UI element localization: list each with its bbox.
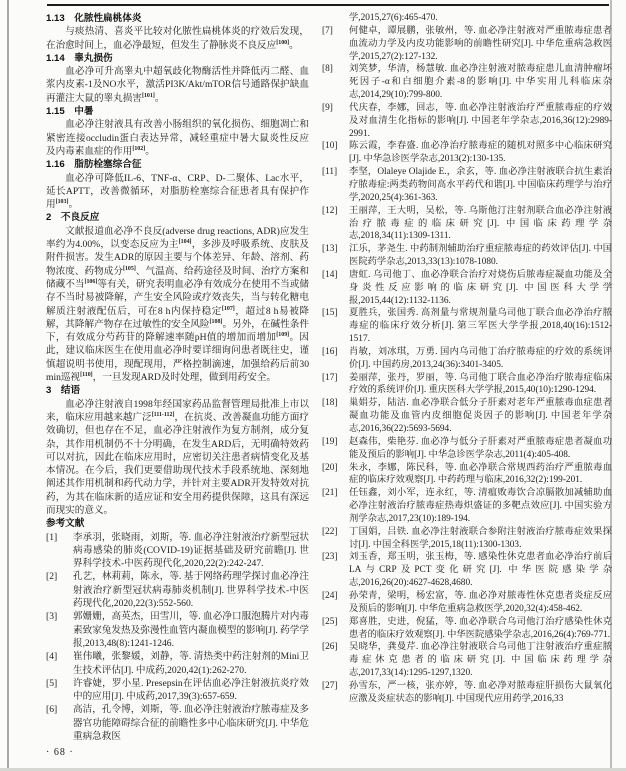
page-edge-left	[7, 0, 9, 771]
reference-text: 孔艺，林莉莉，陈永，等. 基于网络药理学探讨血必净注射液治疗新型冠状病毒肺炎机制…	[73, 570, 309, 610]
reference-item: [3] 郭姗姗，高英杰，田雪川，等. 血必净口服泡腾片对内毒素致家兔发热及弥漫性…	[46, 610, 309, 650]
reference-text: 朱永，李娜，陈民科，等. 血必净联合常规西药治疗严重脓毒血症的临床疗效观察[J]…	[349, 462, 612, 488]
reference-number: [19]	[322, 436, 349, 462]
reference-number: [27]	[322, 680, 349, 706]
reference-number: [21]	[322, 487, 349, 526]
section-heading-1-15: 1.15 中暑	[46, 105, 309, 118]
reference-item: [7] 何健卓，谭展鹏，张敏州，等. 血必净注射液对严重脓毒症患者血流动力学及内…	[322, 25, 612, 64]
reference-number: [4]	[46, 650, 73, 677]
reference-item: [9] 代庆春，李娜，回志，等. 血必净注射液治疗严重脓毒症的疗效及对血清生化指…	[322, 102, 612, 141]
reference-number: [10]	[322, 140, 349, 166]
reference-number: [8]	[322, 63, 349, 102]
reference-item: [14] 唐虹. 乌司他丁、血必净联合治疗对烧伤后脓毒症凝血功能及全身炎性反应影…	[322, 269, 612, 308]
reference-item: [15] 夏胜兵，张国秀. 高剂量与常规剂量乌司他丁联合血必净治疗脓毒症的临床疗…	[322, 307, 612, 346]
section-heading-3-conclusion: 3 结语	[46, 384, 309, 397]
reference-number: [12]	[322, 205, 349, 244]
reference-number: [9]	[322, 102, 349, 141]
reference-item: [19] 赵森伟，柴艳芬. 血必净与低分子肝素对严重脓毒症患者凝血功能及预后的影…	[322, 436, 612, 462]
reference-text: 高洁，孔令博，刘斯，等. 血必净注射液治疗脓毒症及多器官功能障碍综合征的前瞻性多…	[73, 703, 309, 743]
reference-number: [5]	[46, 677, 73, 704]
left-column: 1.13 化脓性扁桃体炎 与痰热清、喜炎平比较对化脓性扁桃体炎的疗效后发现，在治…	[46, 12, 309, 760]
reference-number: [20]	[322, 462, 349, 488]
paragraph-adverse-reactions: 文献报道血必净不良反(adverse drug reactions, ADR)应…	[46, 225, 309, 385]
reference-item: [18] 巢娟芬，陆洁. 血必净联合低分子肝素对老年严重脓毒血症患者凝血功能及血…	[322, 397, 612, 436]
reference-text: 李承羽，张晓雨，刘斯，等. 血必净注射液治疗新型冠状病毒感染的肺炎(COVID-…	[73, 531, 309, 571]
reference-item: [17] 姜丽萍，张丹，罗丽，等. 乌司他丁联合血必净治疗脓毒症临床疗效的系统评…	[322, 372, 612, 398]
section-heading-1-16: 1.16 脂肪栓塞综合征	[46, 158, 309, 171]
reference-number: [13]	[322, 243, 349, 269]
reference-text: 肖敏，刘冰琪，万勇. 国内乌司他丁治疗脓毒症的疗效的系统评价[J]. 中国药房,…	[349, 346, 612, 372]
right-column: 学,2015,27(6):465-470. [7] 何健卓，谭展鹏，张敏州，等.…	[322, 12, 612, 760]
section-heading-2-adverse-reactions: 2 不良反应	[46, 211, 309, 224]
reference-number: [7]	[322, 25, 349, 64]
reference-number: [26]	[322, 641, 349, 680]
reference-text: 唐虹. 乌司他丁、血必净联合治疗对烧伤后脓毒症凝血功能及全身炎性反应影响的临床研…	[349, 269, 612, 308]
reference-text: 郑喜胜，史进，倪猛，等. 血必净联合乌司他汀治疗感染性休克患者的临床疗效观察[J…	[349, 616, 612, 642]
reference-item: [6] 高洁，孔令博，刘斯，等. 血必净注射液治疗脓毒症及多器官功能障碍综合征的…	[46, 703, 309, 743]
reference-list-left: [1] 李承羽，张晓雨，刘斯，等. 血必净注射液治疗新型冠状病毒感染的肺炎(CO…	[46, 531, 309, 744]
reference-number: [14]	[322, 269, 349, 308]
reference-item: [13] 江乐，茅尧生. 中药制剂辅助治疗重症脓毒症的药效评估[J]. 中国医院…	[322, 243, 612, 269]
reference-text: 王丽萍，王大明，吴松，等. 乌斯他汀注射剂联合血必净注射液治疗脓毒症的临床研究[…	[349, 205, 612, 244]
reference-item: [4] 崔伟曦，张黎媛，刘静，等. 清热类中药注射剂的Mini卫生技术评估[J]…	[46, 650, 309, 677]
page-number: · 68 ·	[46, 746, 309, 759]
paragraph-heatstroke: 血必净注射液具有改善小肠组织的氧化损伤、细胞凋亡和紧密连接occludin蛋白表…	[46, 118, 309, 158]
reference-text: 江乐，茅尧生. 中药制剂辅助治疗重症脓毒症的药效评估[J]. 中国医院药学杂志,…	[349, 243, 612, 269]
reference-item: [21] 任钰鑫，刘小军，连永红，等. 清瘟败毒饮合凉膈散加减辅助血必净注射液治…	[322, 487, 612, 526]
reference-text: 代庆春，李娜，回志，等. 血必净注射液治疗严重脓毒症的疗效及对血清生化指标的影响…	[349, 102, 612, 141]
reference-item: [23] 刘玉香，郑玉明，张玉梅，等. 感染性休克患者血必净治疗前后LA与CRP…	[322, 551, 612, 590]
scanned-page: 1.13 化脓性扁桃体炎 与痰热清、喜炎平比较对化脓性扁桃体炎的疗效后发现，在治…	[0, 0, 626, 771]
reference-text: 何健卓，谭展鹏，张敏州，等. 血必净注射液对严重脓毒症患者血流动力学及内皮功能影…	[349, 25, 612, 64]
reference-item: [12] 王丽萍，王大明，吴松，等. 乌斯他汀注射剂联合血必净注射液治疗脓毒症的…	[322, 205, 612, 244]
reference-number: [25]	[322, 616, 349, 642]
reference-list-right: [7] 何健卓，谭展鹏，张敏州，等. 血必净注射液对严重脓毒症患者血流动力学及内…	[322, 25, 612, 706]
reference-text: 任钰鑫，刘小军，连永红，等. 清瘟败毒饮合凉膈散加减辅助血必净注射液治疗脓毒症热…	[349, 487, 612, 526]
reference-text: 赵森伟，柴艳芬. 血必净与低分子肝素对严重脓毒症患者凝血功能及预后的影响[J].…	[349, 436, 612, 462]
paragraph-fat-embolism: 血必净可降低IL-6、TNF-α、CRP、D-二聚体、Lac水平，延长APTT，…	[46, 172, 309, 212]
reference-text: 孙荣青，梁明，杨宏富，等. 血必净对脓毒性休克患者炎症反应及预后的影响[J]. …	[349, 590, 612, 616]
section-heading-1-14: 1.14 睾丸损伤	[46, 52, 309, 65]
reference-text: 夏胜兵，张国秀. 高剂量与常规剂量乌司他丁联合血必净治疗脓毒症的临床疗效分析[J…	[349, 307, 612, 346]
two-column-body: 1.13 化脓性扁桃体炎 与痰热清、喜炎平比较对化脓性扁桃体炎的疗效后发现，在治…	[46, 12, 612, 760]
reference-text: 吴晓华，龚曼芹. 血必净注射液联合乌司他丁注射液治疗重症脓毒症休克患者的临床研究…	[349, 641, 612, 680]
reference-item: [10] 陈云霞，李春盛. 血必净治疗脓毒症的随机对照多中心临床研究[J]. 中…	[322, 140, 612, 166]
reference-number: [18]	[322, 397, 349, 436]
reference-text: 姜丽萍，张丹，罗丽，等. 乌司他丁联合血必净治疗脓毒症临床疗效的系统评价[J].…	[349, 372, 612, 398]
reference-item: [16] 肖敏，刘冰琪，万勇. 国内乌司他丁治疗脓毒症的疗效的系统评价[J]. …	[322, 346, 612, 372]
references-heading: 参考文献	[46, 517, 309, 530]
reference-item: [5] 许睿婕，罗小星. Presepsin在评估血必净注射液抗炎疗效中的应用[…	[46, 677, 309, 704]
reference-text: 陈云霞，李春盛. 血必净治疗脓毒症的随机对照多中心临床研究[J]. 中华急诊医学…	[349, 140, 612, 166]
reference-carryover-line: 学,2015,27(6):465-470.	[322, 12, 612, 25]
reference-number: [2]	[46, 570, 73, 610]
reference-item: [25] 郑喜胜，史进，倪猛，等. 血必净联合乌司他汀治疗感染性休克患者的临床疗…	[322, 616, 612, 642]
reference-text: 许睿婕，罗小星. Presepsin在评估血必净注射液抗炎疗效中的应用[J]. …	[73, 677, 309, 704]
reference-item: [27] 孙雪东，严一核，张亦婷，等. 血必净对脓毒症肝损伤大鼠氧化应激及炎症状…	[322, 680, 612, 706]
reference-text: 丁国娟，吕铁. 血必净注射液联合参附注射液治疗脓毒症效果探讨[J]. 中国全科医…	[349, 526, 612, 552]
reference-number: [24]	[322, 590, 349, 616]
reference-item: [1] 李承羽，张晓雨，刘斯，等. 血必净注射液治疗新型冠状病毒感染的肺炎(CO…	[46, 531, 309, 571]
paragraph-tonsillitis: 与痰热清、喜炎平比较对化脓性扁桃体炎的疗效后发现，在治愈时间上，血必净最短，但发…	[46, 25, 309, 52]
reference-text: 李坚，Olaleye Olajide E.，余玄，等. 血必净注射液联合抗生素治…	[349, 166, 612, 205]
reference-item: [20] 朱永，李娜，陈民科，等. 血必净联合常规西药治疗严重脓毒血症的临床疗效…	[322, 462, 612, 488]
reference-number: [3]	[46, 610, 73, 650]
reference-number: [17]	[322, 372, 349, 398]
reference-number: [16]	[322, 346, 349, 372]
reference-number: [11]	[322, 166, 349, 205]
paragraph-conclusion: 血必净注射液自1998年经国家药品监督管理局批准上市以来，临床应用越来越广泛[1…	[46, 398, 309, 518]
reference-item: [26] 吴晓华，龚曼芹. 血必净注射液联合乌司他丁注射液治疗重症脓毒症休克患者…	[322, 641, 612, 680]
reference-text: 刘笑梦，华清，杨慧敏. 血必净注射液对脓毒症患儿血清肿瘤坏死因子-α和白细胞介素…	[349, 63, 612, 102]
reference-text: 崔伟曦，张黎媛，刘静，等. 清热类中药注射剂的Mini卫生技术评估[J]. 中成…	[73, 650, 309, 677]
header-rule	[47, 4, 609, 6]
reference-number: [1]	[46, 531, 73, 571]
reference-text: 孙雪东，严一核，张亦婷，等. 血必净对脓毒症肝损伤大鼠氧化应激及炎症状态的影响[…	[349, 680, 612, 706]
reference-text: 巢娟芬，陆洁. 血必净联合低分子肝素对老年严重脓毒血症患者凝血功能及血管内皮细胞…	[349, 397, 612, 436]
reference-item: [2] 孔艺，林莉莉，陈永，等. 基于网络药理学探讨血必净注射液治疗新型冠状病毒…	[46, 570, 309, 610]
reference-number: [23]	[322, 551, 349, 590]
reference-number: [15]	[322, 307, 349, 346]
paragraph-testis-injury: 血必净可升高睾丸中超氧歧化物酶活性并降低丙二醛、血浆内皮素-1及NO水平，激活P…	[46, 65, 309, 105]
reference-item: [11] 李坚，Olaleye Olajide E.，余玄，等. 血必净注射液联…	[322, 166, 612, 205]
reference-number: [22]	[322, 526, 349, 552]
reference-item: [24] 孙荣青，梁明，杨宏富，等. 血必净对脓毒性休克患者炎症反应及预后的影响…	[322, 590, 612, 616]
reference-number: [6]	[46, 703, 73, 743]
section-heading-1-13: 1.13 化脓性扁桃体炎	[46, 12, 309, 25]
reference-text: 郭姗姗，高英杰，田雪川，等. 血必净口服泡腾片对内毒素致家兔发热及弥漫性血管内凝…	[73, 610, 309, 650]
reference-text: 刘玉香，郑玉明，张玉梅，等. 感染性休克患者血必净治疗前后LA与CRP及PCT变…	[349, 551, 612, 590]
reference-item: [22] 丁国娟，吕铁. 血必净注射液联合参附注射液治疗脓毒症效果探讨[J]. …	[322, 526, 612, 552]
reference-item: [8] 刘笑梦，华清，杨慧敏. 血必净注射液对脓毒症患儿血清肿瘤坏死因子-α和白…	[322, 63, 612, 102]
